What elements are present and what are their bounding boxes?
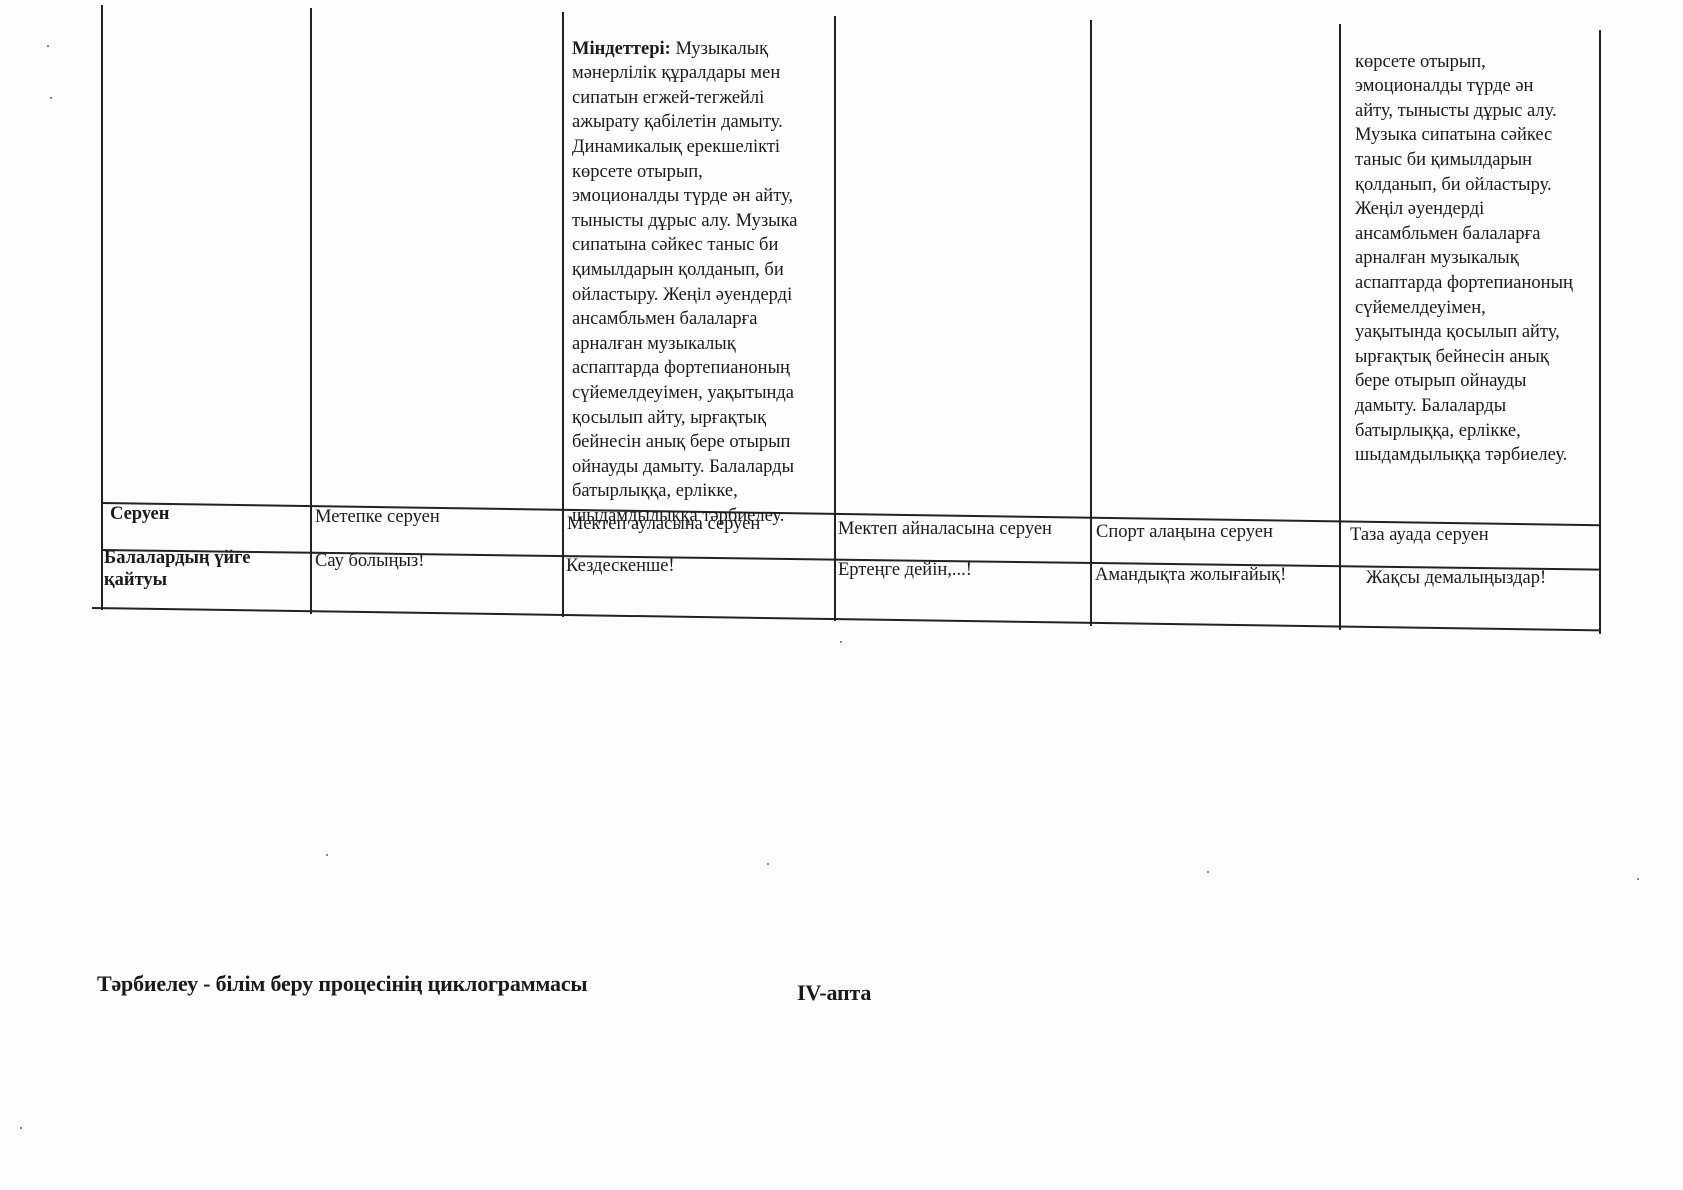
row-header-walk: Серуен [110,503,169,525]
scan-speck [840,641,842,643]
table-col-divider-5 [1339,24,1341,630]
scan-speck [1637,878,1639,880]
week-label: IV-апта [797,980,871,1006]
table-col-divider-4 [1090,20,1092,626]
scan-speck [20,1127,22,1129]
walk-cell-2: Мектеп ауласына серуен [567,513,760,535]
table-col-divider-1 [310,8,312,614]
going-home-cell-1: Сау болыңыз! [315,550,424,572]
row-header-going-home: Балалардың үйге қайтуы [104,547,250,591]
objectives-text: Музыкалық мәнерлілік құралдары мен сипат… [572,39,798,526]
table-col-divider-2 [562,12,564,617]
scan-speck [1207,871,1209,873]
objectives-cell-col7: көрсете отырып, эмоционалды түрде ән айт… [1355,25,1600,468]
scan-speck [326,854,328,856]
going-home-cell-2: Кездескенше! [566,555,675,577]
table-col-divider-3 [834,16,836,621]
document-title: Тәрбиелеу - білім беру процесінің циклог… [97,971,587,997]
walk-cell-5: Таза ауада серуен [1350,524,1489,546]
objectives-continuation-text: көрсете отырып, эмоционалды түрде ән айт… [1355,52,1573,466]
table-border-left [101,5,103,610]
objectives-label: Міндеттері: [572,39,671,59]
going-home-cell-4: Амандықта жолығайық! [1095,564,1286,586]
going-home-cell-5: Жақсы демалыңыздар! [1366,567,1546,589]
walk-cell-1: Метепке серуен [315,506,440,528]
table-border-bottom [92,607,1600,631]
walk-cell-3: Мектеп айналасына серуен [838,518,1052,540]
going-home-cell-3: Ертеңге дейін,...! [838,559,972,581]
walk-cell-4: Спорт алаңына серуен [1096,521,1273,543]
scan-speck [767,863,769,865]
objectives-cell-col3: Міндеттері: Музыкалық мәнерлілік құралда… [572,12,834,528]
scan-speck [47,45,49,47]
scan-speck [50,97,52,99]
